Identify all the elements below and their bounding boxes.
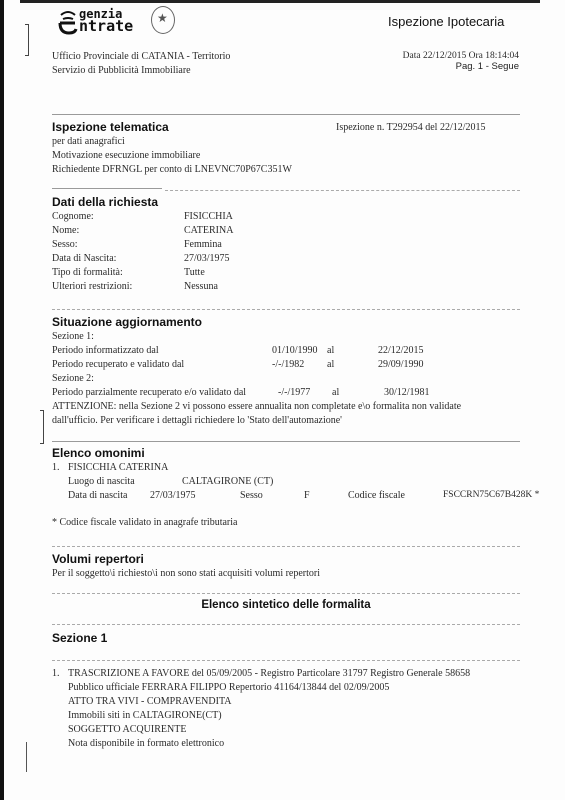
ispezione-line: Richiedente DFRNGL per conto di LNEVNC70… [52, 163, 292, 176]
period-from: -/-/1977 [278, 386, 310, 399]
agenzia-entrate-logo: genzia ntrate [55, 6, 175, 38]
sesso-label: Sesso [240, 489, 263, 502]
divider [52, 546, 520, 547]
period-al: al [327, 358, 334, 371]
period-label: Periodo recuperato e validato dal [52, 358, 184, 371]
formalita-line: SOGGETTO ACQUIRENTE [68, 723, 186, 736]
formalita-line: Nota disponibile in formato elettronico [68, 737, 224, 750]
divider [52, 441, 520, 442]
field-label: Nome: [52, 224, 79, 237]
cf-label: Codice fiscale [348, 489, 405, 502]
margin-bracket-mark [40, 410, 44, 444]
period-from: -/-/1982 [272, 358, 304, 371]
section-title-volumi: Volumi repertori [52, 552, 144, 566]
office-name: Ufficio Provinciale di CATANIA - Territo… [52, 50, 230, 63]
omonimo-number: 1. [52, 461, 60, 474]
section-title-elenco-sintetico: Elenco sintetico delle formalita [52, 599, 520, 611]
italian-republic-emblem-icon [151, 6, 175, 34]
ispezione-line: Motivazione esecuzione immobiliare [52, 149, 200, 162]
section-title-richiesta: Dati della richiesta [52, 195, 158, 209]
divider [165, 190, 520, 191]
period-to: 30/12/1981 [384, 386, 430, 399]
period-label: Periodo informatizzato dal [52, 344, 159, 357]
ispezione-line: per dati anagrafici [52, 135, 125, 148]
document-title: Ispezione Ipotecaria [388, 14, 504, 29]
sezione2-label: Sezione 2: [52, 372, 94, 385]
sezione1-label: Sezione 1: [52, 330, 94, 343]
period-al: al [332, 386, 339, 399]
divider [52, 624, 520, 625]
field-label: Tipo di formalità: [52, 266, 123, 279]
period-to: 29/09/1990 [378, 358, 424, 371]
formalita-number: 1. [52, 667, 60, 680]
volumi-text: Per il soggetto\i richiesto\i non sono s… [52, 567, 320, 580]
scan-edge [0, 0, 4, 800]
field-value: CATERINA [184, 224, 233, 237]
divider [52, 114, 520, 115]
period-from: 01/10/1990 [272, 344, 318, 357]
section-title-sezione1: Sezione 1 [52, 631, 107, 645]
divider [52, 660, 520, 661]
formalita-line: Pubblico ufficiale FERRARA FILIPPO Reper… [68, 681, 389, 694]
field-value: 27/03/1975 [184, 252, 230, 265]
divider [52, 593, 520, 594]
attenzione-note-cont: dall'ufficio. Per verificare i dettagli … [52, 414, 342, 427]
field-label: Data di Nascita: [52, 252, 116, 265]
luogo-label: Luogo di nascita [68, 475, 135, 488]
agenzia-entrate-logo-icon [57, 9, 79, 35]
logo-line2: ntrate [79, 20, 133, 32]
sesso-value: F [304, 489, 310, 502]
formalita-line: TRASCRIZIONE A FAVORE del 05/09/2005 - R… [68, 667, 470, 680]
field-value: Tutte [184, 266, 205, 279]
attenzione-note: ATTENZIONE: nella Sezione 2 vi possono e… [52, 400, 461, 413]
margin-bracket-mark [25, 24, 29, 56]
field-label: Sesso: [52, 238, 78, 251]
section-title-ispezione: Ispezione telematica [52, 120, 169, 134]
field-label: Cognome: [52, 210, 94, 223]
field-value: FISICCHIA [184, 210, 233, 223]
field-value: Nessuna [184, 280, 218, 293]
ispezione-number: Ispezione n. T292954 del 22/12/2015 [336, 121, 486, 134]
period-to: 22/12/2015 [378, 344, 424, 357]
data-nascita-label: Data di nascita [68, 489, 127, 502]
field-value: Femmina [184, 238, 222, 251]
data-nascita-value: 27/03/1975 [150, 489, 196, 502]
formalita-line: Immobili siti in CALTAGIRONE(CT) [68, 709, 222, 722]
divider [52, 188, 162, 189]
divider [52, 309, 520, 310]
luogo-value: CALTAGIRONE (CT) [182, 475, 273, 488]
margin-pencil-mark [26, 742, 27, 772]
period-label: Periodo parzialmente recuperato e/o vali… [52, 386, 246, 399]
section-title-aggiornamento: Situazione aggiornamento [52, 315, 202, 329]
cf-value: FSCCRN75C67B428K * [443, 489, 539, 502]
page-indicator: Pag. 1 - Segue [456, 61, 519, 72]
field-label: Ulteriori restrizioni: [52, 280, 132, 293]
period-al: al [327, 344, 334, 357]
omonimo-name: FISICCHIA CATERINA [68, 461, 168, 474]
formalita-line: ATTO TRA VIVI - COMPRAVENDITA [68, 695, 231, 708]
office-service: Servizio di Pubblicità Immobiliare [52, 64, 191, 77]
scan-edge-top [20, 0, 540, 3]
section-title-omonimi: Elenco omonimi [52, 446, 145, 460]
omonimi-footnote: * Codice fiscale validato in anagrafe tr… [52, 516, 237, 529]
